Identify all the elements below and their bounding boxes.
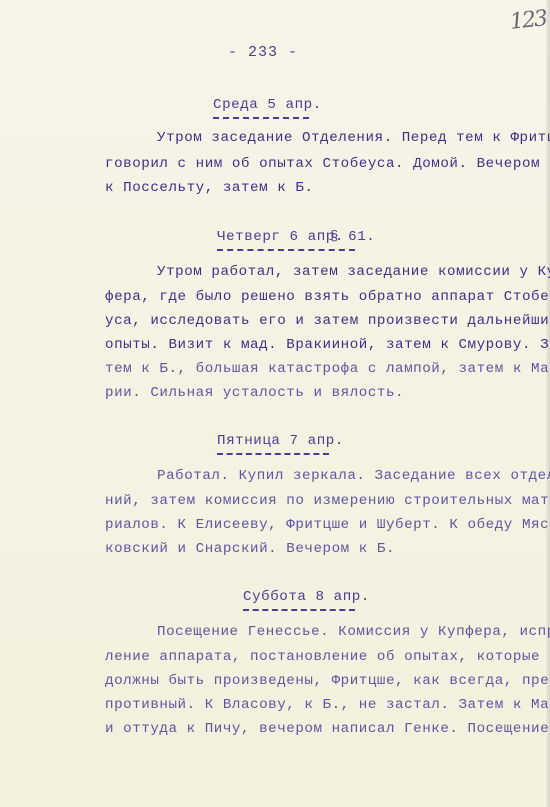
entry-line: тем к Б., большая катастрофа с лампой, з… <box>105 361 550 377</box>
entry-line: и оттуда к Пичу, вечером написал Генке. … <box>105 721 549 737</box>
entry-line: говорил с ним об опытах Стобеуса. Домой.… <box>105 156 540 172</box>
entry-line: к Поссельту, затем к Б. <box>105 180 313 196</box>
entry-heading-saturday: Суббота 8 апр. <box>243 589 370 605</box>
document-page: 123 - 233 - Среда 5 апр. Утром заседание… <box>0 0 550 807</box>
entry-line: Утром работал, затем заседание комиссии … <box>157 264 550 280</box>
heading-underline <box>217 249 355 251</box>
entry-line: опыты. Визит к мад. Вракииной, затем к С… <box>105 337 550 353</box>
page-number: - 233 - <box>228 44 298 61</box>
heading-underline <box>217 453 329 455</box>
entry-line: рии. Сильная усталость и вялость. <box>105 385 404 401</box>
handwritten-folio-number: 123 <box>509 6 547 35</box>
entry-line: должны быть произведены, Фритцше, как вс… <box>105 673 550 689</box>
entry-line: риалов. К Елисееву, Фритцше и Шуберт. К … <box>105 517 550 533</box>
entry-line: Утром заседание Отделения. Перед тем к Ф… <box>157 130 550 146</box>
heading-annotation: § 61. <box>330 229 375 245</box>
entry-line: противный. К Власову, к Б., не застал. З… <box>105 697 550 713</box>
entry-line: фера, где было решено взять обратно аппа… <box>105 289 550 305</box>
entry-line: уса, исследовать его и затем произвести … <box>105 313 550 329</box>
entry-line: ний, затем комиссия по измерению строите… <box>105 493 550 509</box>
heading-underline <box>243 609 355 611</box>
entry-line: Посещение Генессье. Комиссия у Купфера, … <box>157 624 550 640</box>
entry-heading-wednesday: Среда 5 апр. <box>213 97 322 113</box>
entry-heading-thursday: Четверг 6 апр. <box>217 229 344 245</box>
entry-line: ковский и Снарский. Вечером к Б. <box>105 541 395 557</box>
entry-line: Работал. Купил зеркала. Заседание всех о… <box>157 468 550 484</box>
entry-line: ление аппарата, постановление об опытах,… <box>105 649 540 665</box>
entry-heading-friday: Пятница 7 апр. <box>217 433 344 449</box>
heading-underline <box>213 117 309 119</box>
